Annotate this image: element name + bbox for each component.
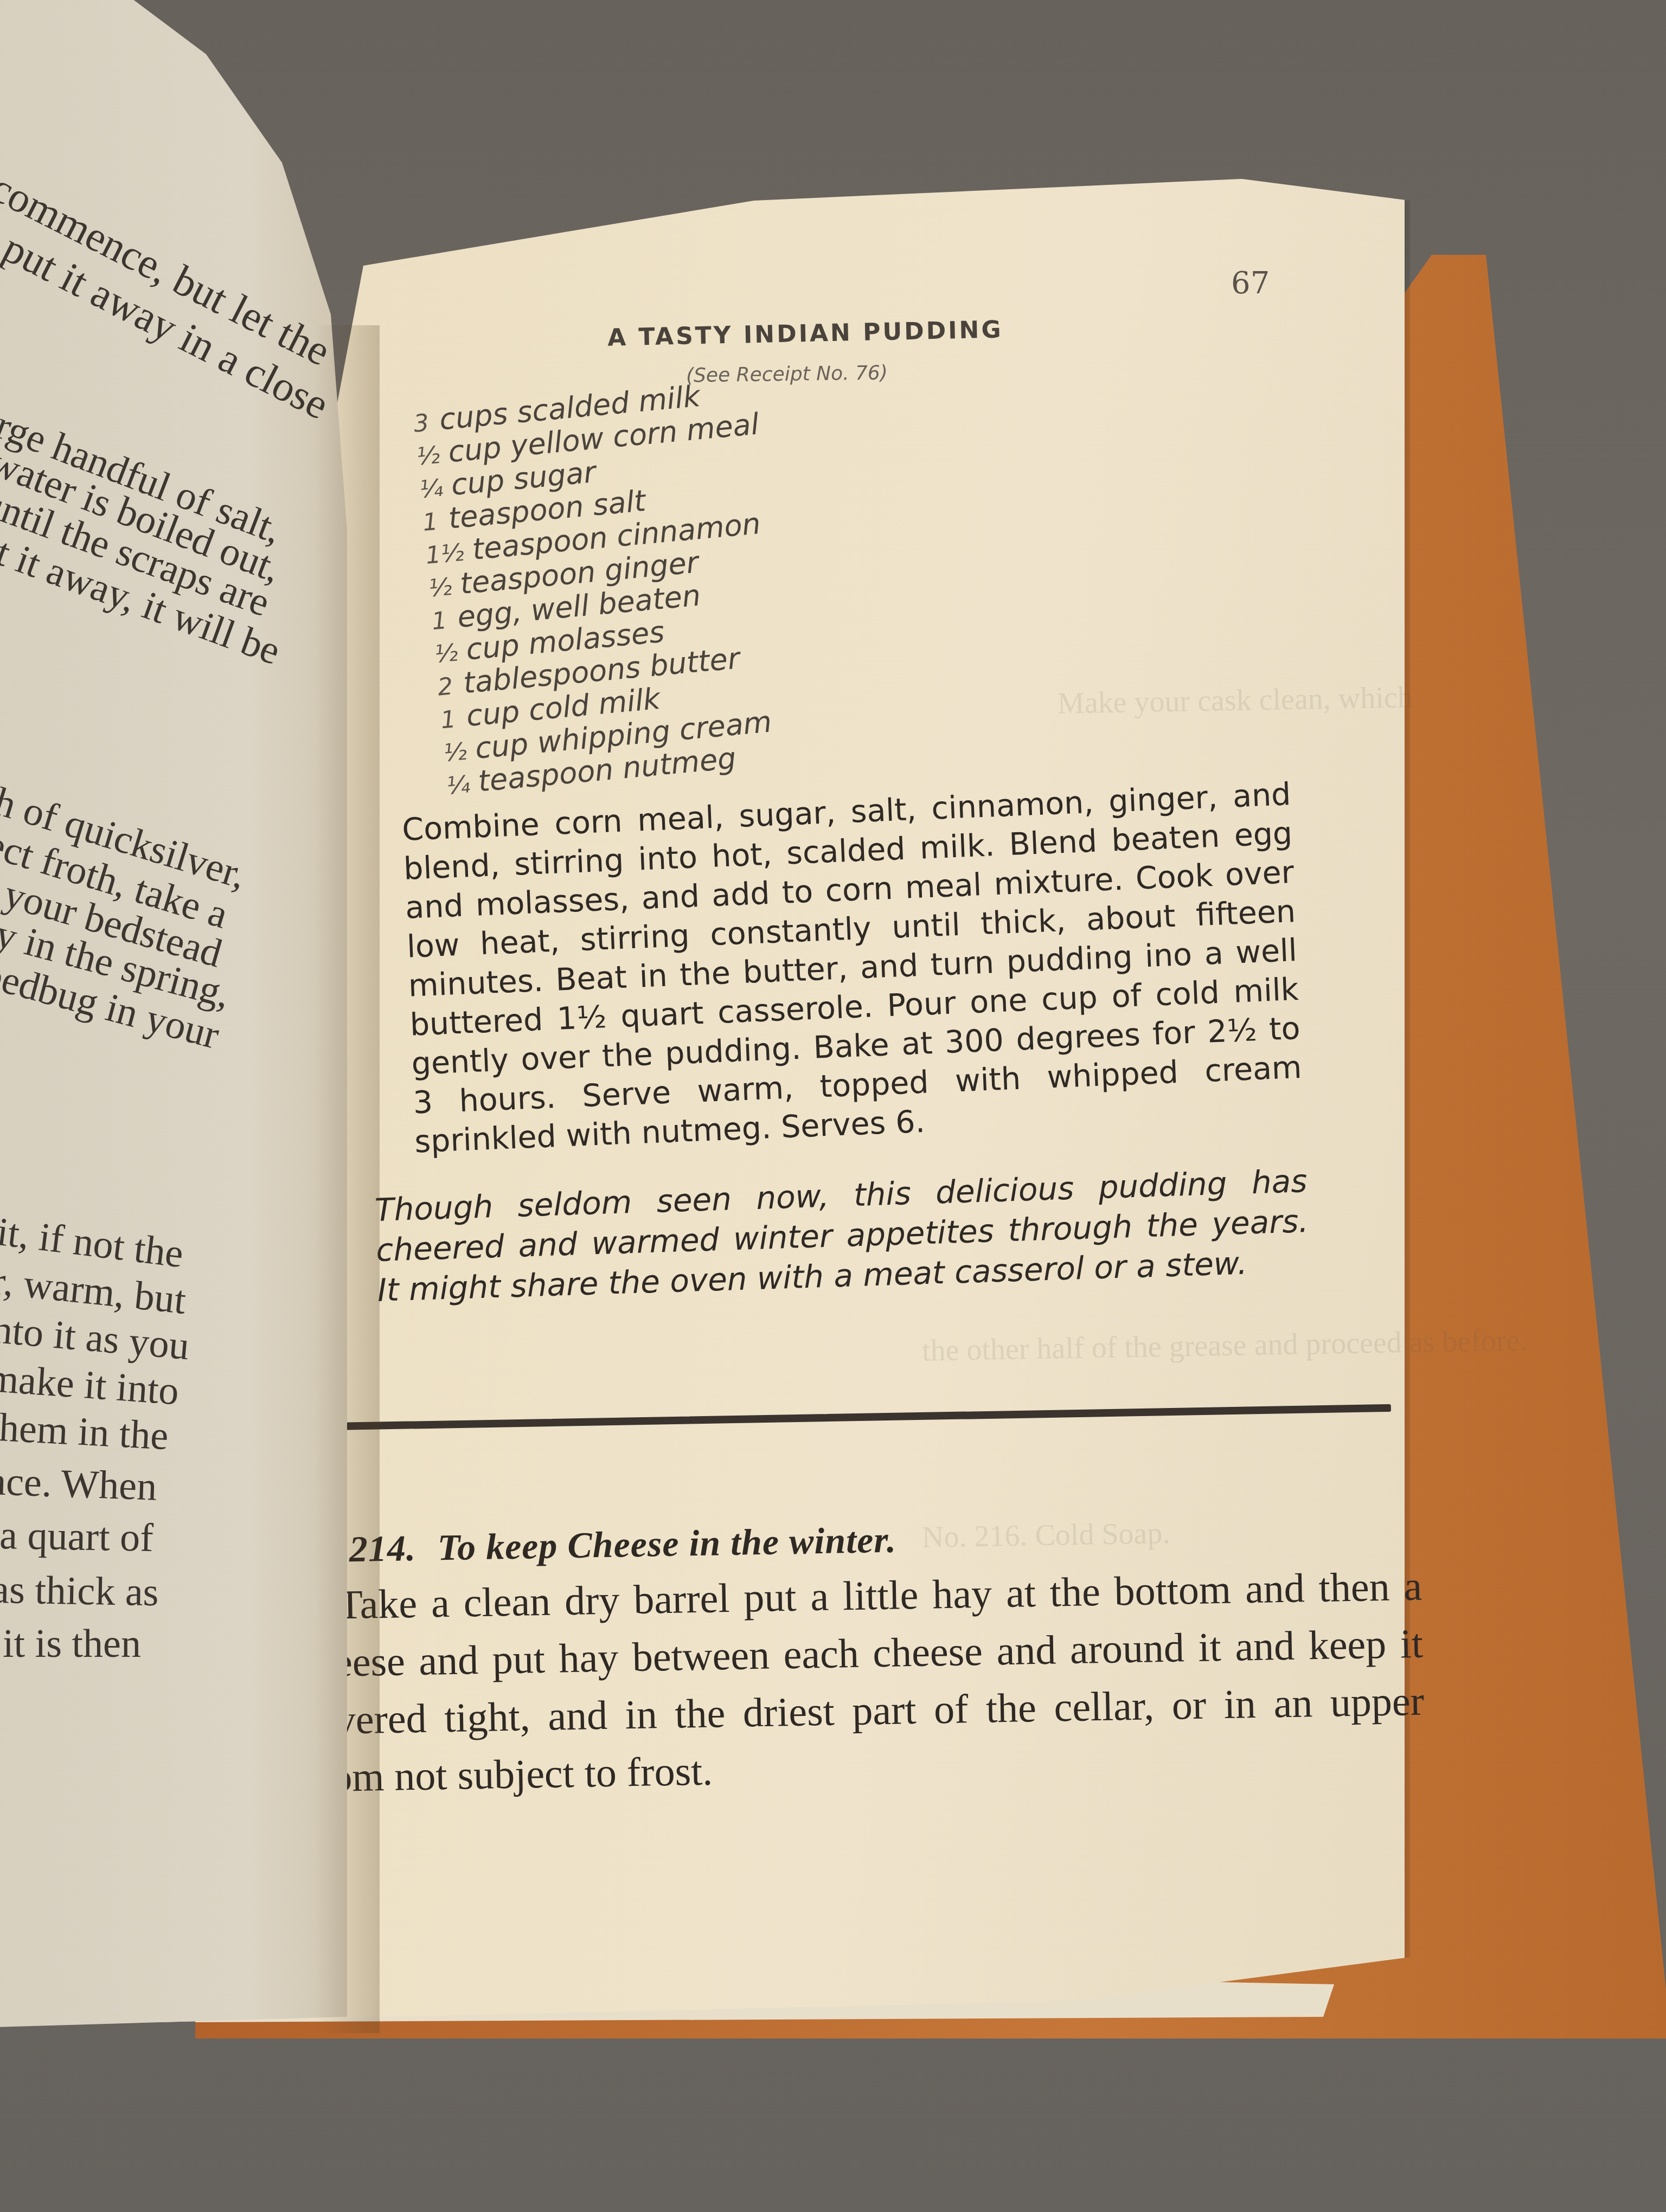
receipt-section: No.214.To keep Cheese in the winter. Tak… (293, 1509, 1426, 1807)
photo-scene: Make your cask clean, which the other ha… (0, 0, 1666, 2212)
left-page-line: it is then (3, 1621, 141, 1667)
receipt-body: Take a clean dry barrel put a little hay… (294, 1558, 1426, 1807)
recipe-directions: Combine corn meal, sugar, salt, cinnamon… (401, 775, 1304, 1161)
gutter-shadow (315, 325, 380, 2033)
left-page-line: a quart of (0, 1513, 154, 1561)
ingredient-list: 3cups scalded milk ½cup yellow corn meal… (412, 376, 791, 802)
receipt-title: To keep Cheese in the winter. (437, 1519, 896, 1568)
left-page-line: them in the (0, 1404, 169, 1459)
left-page-line: ace. When (0, 1458, 158, 1510)
bleed-through-text: Make your cask clean, which (1057, 680, 1413, 721)
page-number: 67 (1231, 266, 1270, 301)
left-page-line: as thick as (0, 1567, 159, 1616)
